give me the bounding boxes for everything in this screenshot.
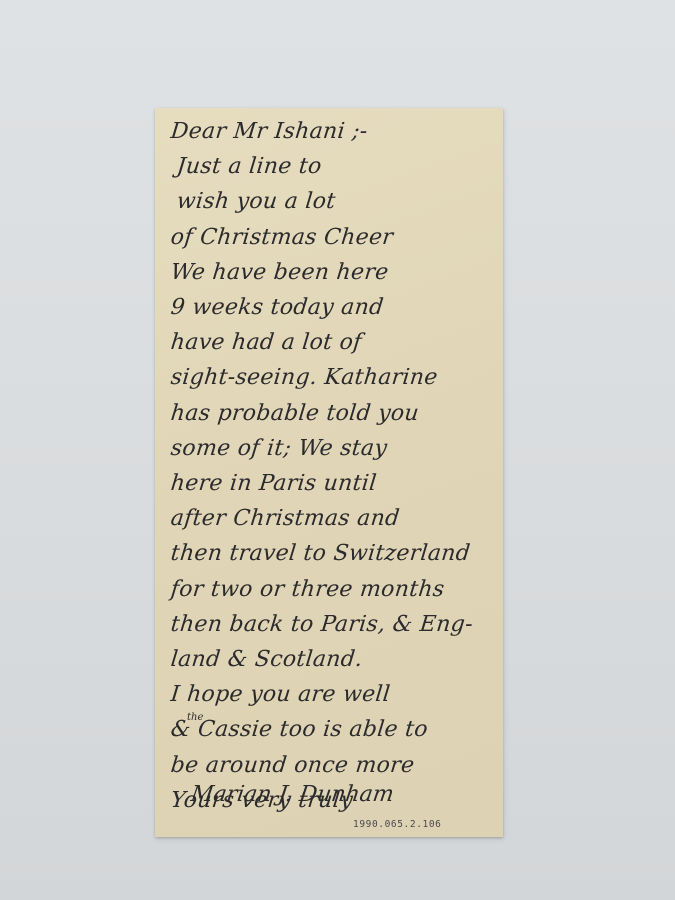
letter-line: for two or three months <box>169 572 501 607</box>
letter-line: & Cassie too is able to <box>169 712 501 747</box>
letter-line: some of it; We stay <box>169 431 501 466</box>
letter-line: be around once more <box>169 748 501 783</box>
letter-line: of Christmas Cheer <box>169 220 501 255</box>
letter-line: sight-seeing. Katharine <box>169 360 501 395</box>
signature: Marian J. Dunham <box>189 782 395 807</box>
salutation: Dear Mr Ishani ;- <box>169 114 501 149</box>
insertion-mark: the <box>187 712 203 723</box>
letter-card: Dear Mr Ishani ;- Just a line to wish yo… <box>155 108 503 837</box>
letter-line: We have been here <box>169 255 501 290</box>
letter-line: after Christmas and <box>169 501 501 536</box>
letter-line: then back to Paris, & Eng- <box>169 607 501 642</box>
letter-line: wish you a lot <box>169 184 501 219</box>
letter-line: here in Paris until <box>169 466 501 501</box>
letter-line: has probable told you <box>169 396 501 431</box>
letter-line: then travel to Switzerland <box>169 536 501 571</box>
letter-line: 9 weeks today and <box>169 290 501 325</box>
letter-line: have had a lot of <box>169 325 501 360</box>
letter-line: I hope you are well <box>169 677 501 712</box>
accession-number: 1990.065.2.106 <box>353 819 441 830</box>
letter-body: Dear Mr Ishani ;- Just a line to wish yo… <box>169 114 497 818</box>
letter-line: Just a line to <box>169 149 501 184</box>
letter-line: land & Scotland. <box>169 642 501 677</box>
